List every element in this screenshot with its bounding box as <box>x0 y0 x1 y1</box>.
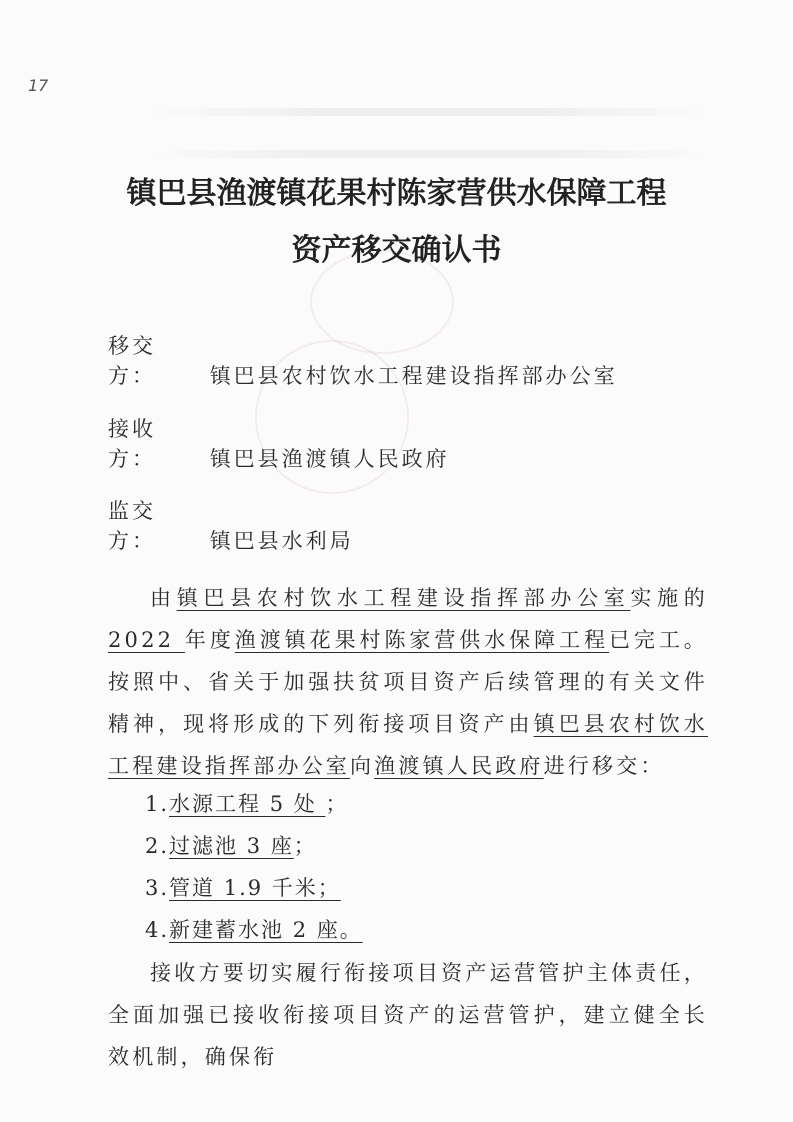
text: 进行移交： <box>544 754 665 778</box>
bleed-through-text <box>150 108 710 116</box>
asset-item: 3.管道 1.9 千米； <box>145 872 341 902</box>
body-paragraph-2: 接收方要切实履行衔接项目资产运营管护主体责任，全面加强已接收衔接项目资产的运营管… <box>108 952 708 1078</box>
underlined-field: 镇巴县农村饮水工程建设指挥部办公室 <box>177 586 631 610</box>
receiver-row: 接收方： 镇巴县渔渡镇人民政府 <box>108 413 450 473</box>
supervisor-row: 监交方： 镇巴县水利局 <box>108 495 354 555</box>
text: 年度 <box>185 628 235 652</box>
text: 向 <box>350 754 374 778</box>
transferor-label: 移交方： <box>108 330 200 390</box>
transferor-row: 移交方： 镇巴县农村饮水工程建设指挥部办公室 <box>108 330 618 390</box>
item-number: 1. <box>145 792 169 816</box>
item-text: 新建蓄水池 2 座。 <box>169 918 363 942</box>
page-number: 17 <box>28 76 48 95</box>
supervisor-value: 镇巴县水利局 <box>210 529 354 553</box>
item-number: 4. <box>145 918 169 942</box>
item-punct: ； <box>294 834 317 858</box>
asset-item: 4.新建蓄水池 2 座。 <box>145 914 363 944</box>
document-title-line1: 镇巴县渔渡镇花果村陈家营供水保障工程 <box>0 168 793 212</box>
item-punct: ； <box>325 792 348 816</box>
underlined-year: 2022 <box>108 628 185 652</box>
item-number: 2. <box>145 834 169 858</box>
item-number: 3. <box>145 876 169 900</box>
receiver-label: 接收方： <box>108 413 200 473</box>
bleed-through-text <box>150 150 710 158</box>
text: 由 <box>150 586 177 610</box>
supervisor-label: 监交方： <box>108 495 200 555</box>
receiver-value: 镇巴县渔渡镇人民政府 <box>210 447 450 471</box>
item-text: 过滤池 3 座 <box>169 834 294 858</box>
underlined-project: 渔渡镇花果村陈家营供水保障工程 <box>235 628 609 652</box>
item-text: 水源工程 5 处 <box>169 792 325 816</box>
underlined-field: 渔渡镇人民政府 <box>374 754 543 778</box>
body-paragraph-1: 由镇巴县农村饮水工程建设指挥部办公室实施的 2022 年度渔渡镇花果村陈家营供水… <box>108 577 708 787</box>
document-title-line2: 资产移交确认书 <box>0 225 793 269</box>
transferor-value: 镇巴县农村饮水工程建设指挥部办公室 <box>210 364 618 388</box>
item-text: 管道 1.9 千米； <box>169 876 341 900</box>
asset-item: 2.过滤池 3 座； <box>145 830 317 860</box>
asset-item: 1.水源工程 5 处 ； <box>145 788 348 818</box>
text: 实施的 <box>630 586 708 610</box>
